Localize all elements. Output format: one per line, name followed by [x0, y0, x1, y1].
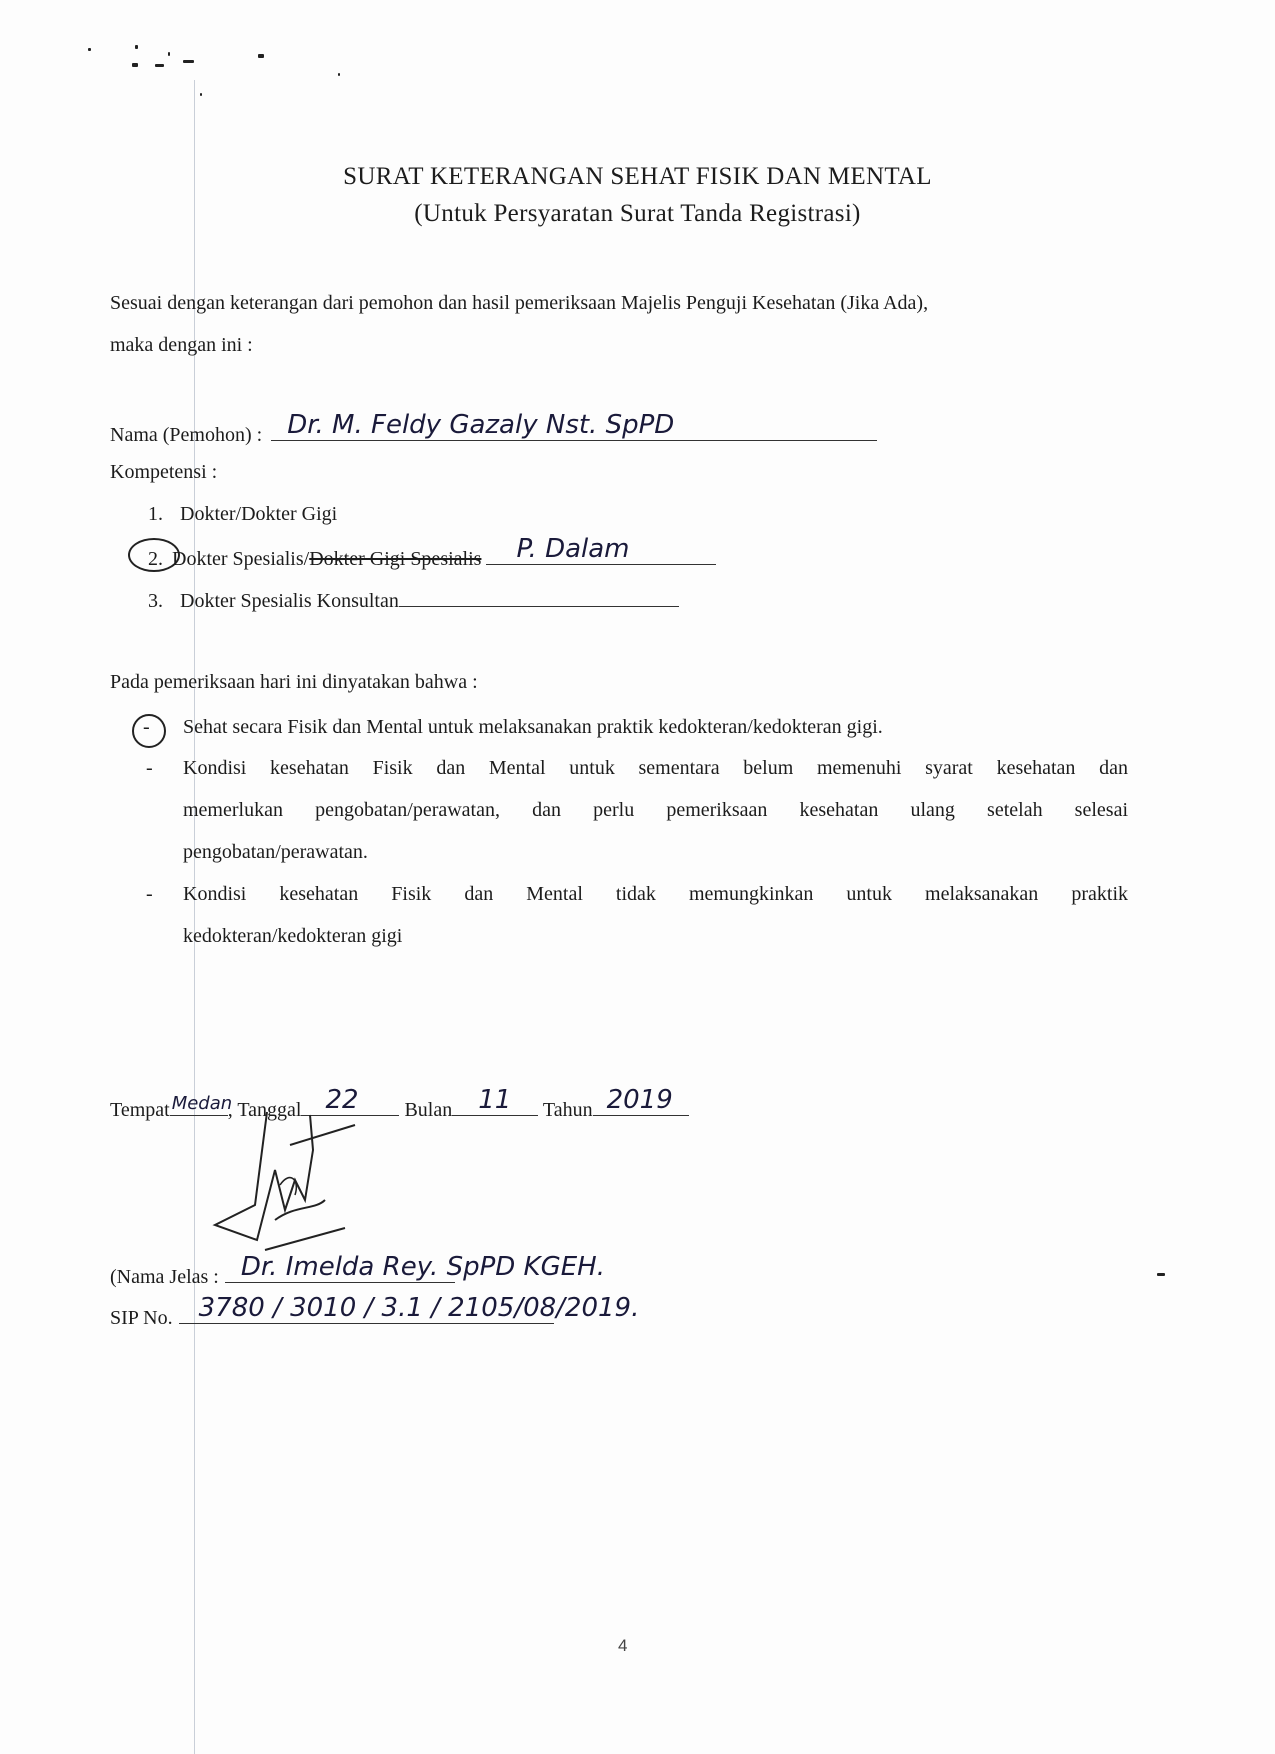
month-field[interactable]: 11: [452, 1095, 538, 1116]
specialist-field[interactable]: P. Dalam: [486, 544, 716, 565]
exam-option-2-line-3[interactable]: pengobatan/perawatan.: [183, 841, 368, 864]
scan-speck: [338, 73, 340, 76]
page-number: 4: [618, 1636, 627, 1656]
signatory-name-label: (Nama Jelas :: [110, 1266, 219, 1288]
scan-speck: [88, 48, 91, 51]
scan-speck: [132, 63, 138, 67]
scan-speck: [258, 54, 264, 58]
exam-label: Pada pemeriksaan hari ini dinyatakan bah…: [110, 671, 478, 694]
exam-option-2-line-1[interactable]: Kondisi kesehatan Fisik dan Mental untuk…: [183, 757, 1128, 780]
sip-label: SIP No.: [110, 1307, 173, 1329]
competence-item-2-number: 2.: [148, 548, 163, 570]
intro-line-2: maka dengan ini :: [110, 334, 253, 357]
competence-item-2-text: Dokter Spesialis/: [172, 548, 309, 570]
exam-option-2-bullet: -: [146, 757, 153, 780]
applicant-label: Nama (Pemohon) :: [110, 424, 262, 446]
signatory-name-value: Dr. Imelda Rey. SpPD KGEH.: [241, 1254, 605, 1280]
competence-item-1[interactable]: 1. Dokter/Dokter Gigi: [148, 503, 337, 526]
applicant-name-field[interactable]: Dr. M. Feldy Gazaly Nst. SpPD: [271, 420, 877, 441]
month-label: Bulan: [404, 1099, 452, 1121]
competence-label: Kompetensi :: [110, 461, 217, 484]
month-value: 11: [478, 1087, 511, 1113]
document-page: SURAT KETERANGAN SEHAT FISIK DAN MENTAL …: [0, 0, 1275, 1754]
scan-speck: [168, 52, 170, 56]
signatory-name-field[interactable]: Dr. Imelda Rey. SpPD KGEH.: [225, 1262, 455, 1283]
year-value: 2019: [607, 1087, 673, 1113]
sip-value: 3780 / 3010 / 3.1 / 2105/08/2019.: [199, 1295, 640, 1321]
year-label: Tahun: [543, 1099, 593, 1121]
exam-option-3-line-2[interactable]: kedokteran/kedokteran gigi: [183, 925, 402, 948]
exam-option-1-bullet: -: [143, 716, 150, 739]
applicant-row: Nama (Pemohon) : Dr. M. Feldy Gazaly Nst…: [110, 420, 877, 447]
signatory-name-row: (Nama Jelas :Dr. Imelda Rey. SpPD KGEH.: [110, 1262, 455, 1289]
exam-option-1[interactable]: Sehat secara Fisik dan Mental untuk mela…: [183, 716, 883, 739]
sip-field[interactable]: 3780 / 3010 / 3.1 / 2105/08/2019.: [179, 1303, 554, 1324]
competence-item-3[interactable]: 3. Dokter Spesialis Konsultan: [148, 586, 679, 613]
scan-speck: [155, 64, 164, 67]
document-title: SURAT KETERANGAN SEHAT FISIK DAN MENTAL: [0, 163, 1275, 191]
scan-speck: [1157, 1273, 1165, 1276]
competence-item-1-text: Dokter/Dokter Gigi: [180, 503, 337, 525]
intro-line-1: Sesuai dengan keterangan dari pemohon da…: [110, 292, 1150, 315]
place-label: Tempat: [110, 1099, 170, 1121]
competence-item-2-struck: Dokter Gigi Spesialis: [309, 548, 481, 570]
specialist-value: P. Dalam: [516, 536, 629, 562]
scan-artifact-line: [194, 80, 195, 1754]
exam-option-3-bullet: -: [146, 883, 153, 906]
competence-item-2[interactable]: 2. Dokter Spesialis/Dokter Gigi Spesiali…: [148, 544, 716, 571]
applicant-name-value: Dr. M. Feldy Gazaly Nst. SpPD: [287, 412, 674, 438]
competence-item-3-number: 3.: [148, 590, 163, 612]
competence-item-3-text: Dokter Spesialis Konsultan: [180, 590, 399, 612]
document-subtitle: (Untuk Persyaratan Surat Tanda Registras…: [0, 200, 1275, 228]
sip-row: SIP No.3780 / 3010 / 3.1 / 2105/08/2019.: [110, 1303, 554, 1330]
year-field[interactable]: 2019: [593, 1095, 689, 1116]
exam-option-2-line-2[interactable]: memerlukan pengobatan/perawatan, dan per…: [183, 799, 1128, 822]
scan-speck: [135, 45, 138, 49]
signature: [195, 1110, 385, 1270]
consultant-field[interactable]: [399, 586, 679, 607]
scan-speck: [200, 93, 202, 96]
exam-option-3-line-1[interactable]: Kondisi kesehatan Fisik dan Mental tidak…: [183, 883, 1128, 906]
competence-item-1-number: 1.: [148, 503, 163, 525]
scan-speck: [183, 60, 194, 63]
